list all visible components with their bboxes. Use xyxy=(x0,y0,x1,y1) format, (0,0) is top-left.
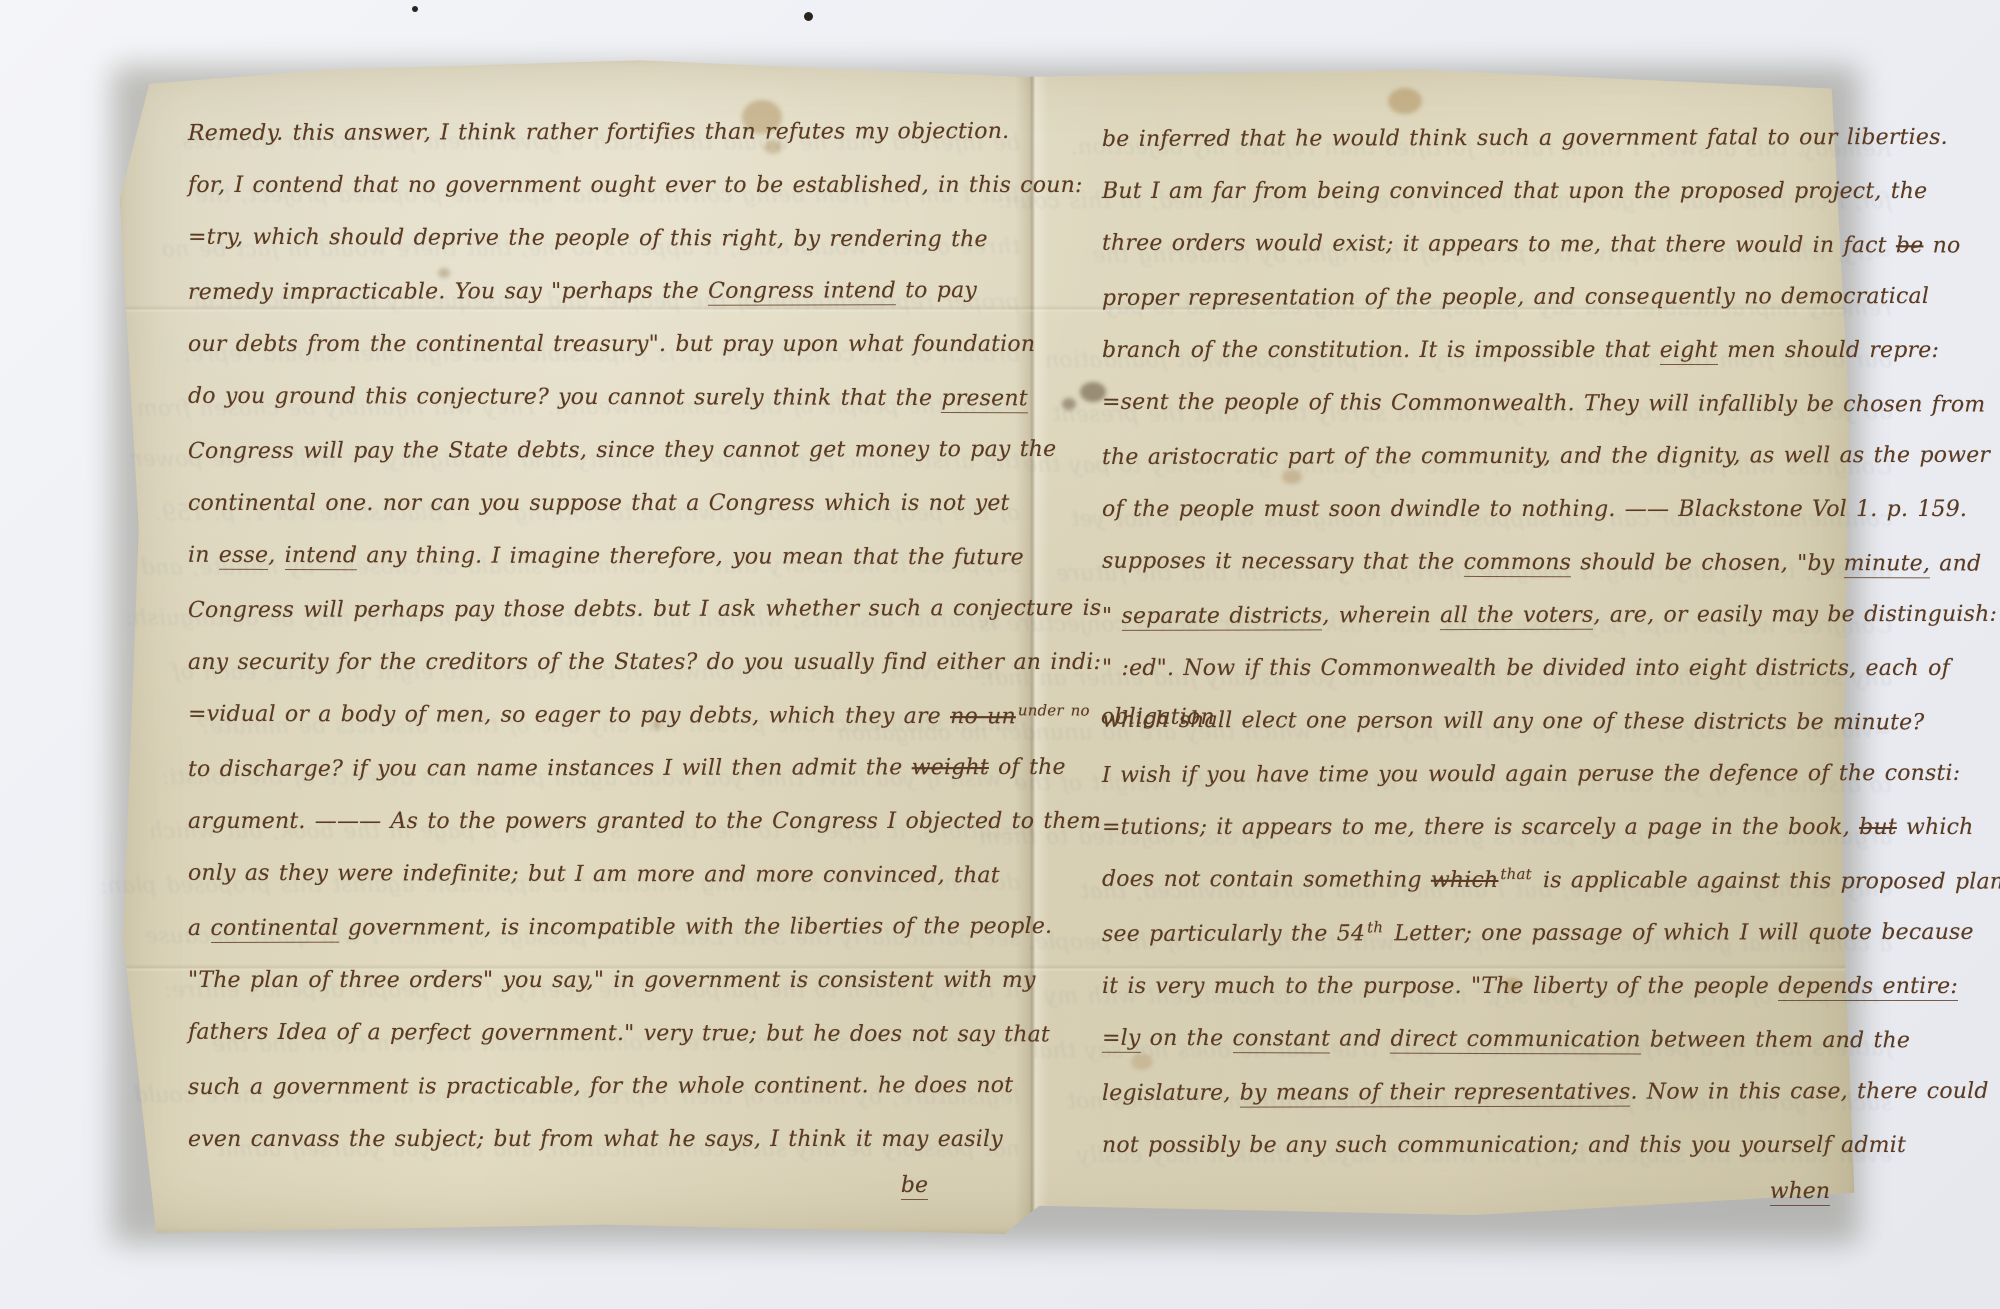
manuscript-line: " :ed". Now if this Commonwealth be divi… xyxy=(1102,642,1892,695)
manuscript-line: to discharge? if you can name instances … xyxy=(188,741,1020,796)
letter-page-left: be inferred that he would think such a g… xyxy=(188,106,1020,1236)
manuscript-line: does not contain something whichthat is … xyxy=(1102,853,1892,908)
letter-page-right: Remedy. this answer, I think rather fort… xyxy=(1102,112,1892,1242)
manuscript-line: proper representation of the people, and… xyxy=(1102,270,1892,325)
manuscript-line: which shall elect one person will any on… xyxy=(1102,694,1892,749)
catchword: when xyxy=(1102,1172,1892,1218)
manuscript-line: even canvass the subject; but from what … xyxy=(188,1113,1020,1166)
manuscript-line: in esse, intend any thing. I imagine the… xyxy=(188,529,1020,585)
catchword: be xyxy=(188,1166,1020,1212)
manuscript-line: Remedy. this answer, I think rather fort… xyxy=(188,105,1020,160)
manuscript-line: fathers Idea of a perfect government." v… xyxy=(188,1006,1020,1062)
manuscript-line: such a government is practicable, for th… xyxy=(188,1059,1020,1114)
manuscript-line: be inferred that he would think such a g… xyxy=(1102,111,1892,166)
manuscript-text-column: be inferred that he would think such a g… xyxy=(1102,112,1892,1172)
manuscript-line: "The plan of three orders" you say," in … xyxy=(188,954,1020,1007)
manuscript-line: supposes it necessary that the commons s… xyxy=(1102,535,1892,590)
manuscript-line: remedy impracticable. You say "perhaps t… xyxy=(188,264,1020,319)
manuscript-line: the aristocratic part of the community, … xyxy=(1102,429,1892,484)
stain xyxy=(1062,398,1076,410)
manuscript-line: =vidual or a body of men, so eager to pa… xyxy=(188,688,1020,744)
manuscript-line: Congress will pay the State debts, since… xyxy=(188,423,1020,478)
dust-speck xyxy=(804,12,813,21)
manuscript-line: branch of the constitution. It is imposs… xyxy=(1102,324,1892,377)
manuscript-line: =ly on the constant and direct communica… xyxy=(1102,1012,1892,1067)
manuscript-line: it is very much to the purpose. "The lib… xyxy=(1102,960,1892,1013)
manuscript-line: for, I contend that no government ought … xyxy=(188,159,1020,212)
manuscript-line: any security for the creditors of the St… xyxy=(188,636,1020,689)
manuscript-line: =sent the people of this Commonwealth. T… xyxy=(1102,376,1892,431)
manuscript-line: a continental government, is incompatibl… xyxy=(188,900,1020,955)
manuscript-line: I wish if you have time you would again … xyxy=(1102,747,1892,802)
manuscript-photo: be inferred that he would think such a g… xyxy=(0,0,2000,1309)
manuscript-line: see particularly the 54th Letter; one pa… xyxy=(1102,906,1892,961)
manuscript-line: " separate districts, wherein all the vo… xyxy=(1102,588,1892,643)
manuscript-line: three orders would exist; it appears to … xyxy=(1102,217,1892,272)
manuscript-text-column: Remedy. this answer, I think rather fort… xyxy=(188,106,1020,1166)
manuscript-line: our debts from the continental treasury"… xyxy=(188,318,1020,371)
manuscript-line: not possibly be any such communication; … xyxy=(1102,1119,1892,1172)
manuscript-line: =try, which should deprive the people of… xyxy=(188,211,1020,267)
manuscript-line: But I am far from being convinced that u… xyxy=(1102,165,1892,218)
manuscript-line: continental one. nor can you suppose tha… xyxy=(188,477,1020,530)
stain xyxy=(1388,88,1422,114)
manuscript-line: legislature, by means of their represent… xyxy=(1102,1065,1892,1120)
manuscript-line: only as they were indefinite; but I am m… xyxy=(188,847,1020,903)
manuscript-line: =tutions; it appears to me, there is sca… xyxy=(1102,801,1892,854)
manuscript-line: do you ground this conjecture? you canno… xyxy=(188,370,1020,426)
dust-speck xyxy=(412,6,418,12)
manuscript-line: Congress will perhaps pay those debts. b… xyxy=(188,582,1020,637)
manuscript-line: of the people must soon dwindle to nothi… xyxy=(1102,483,1892,536)
manuscript-line: argument. ——— As to the powers granted t… xyxy=(188,795,1020,848)
